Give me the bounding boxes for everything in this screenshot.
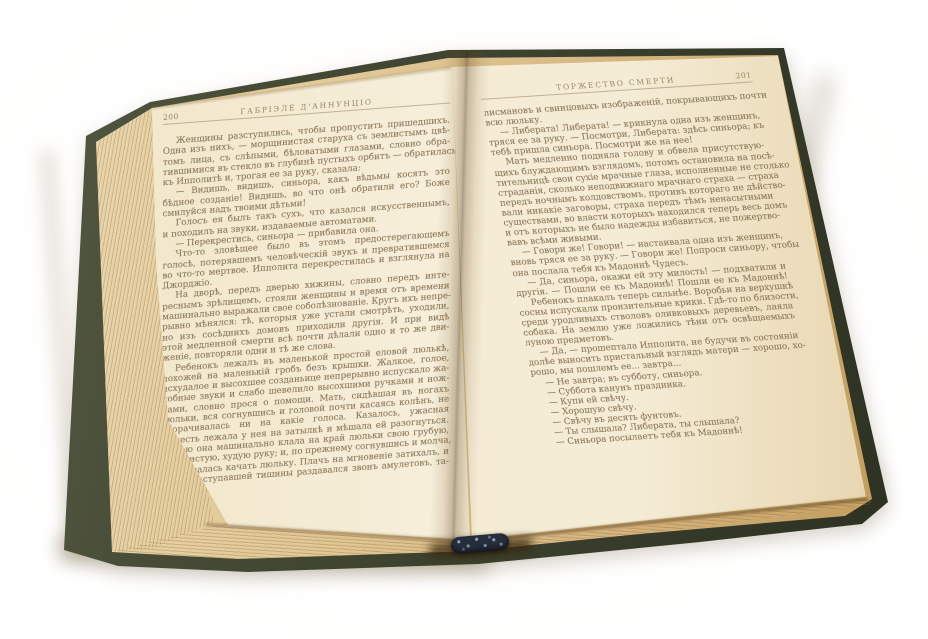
right-page-text: ТОРЖЕСТВО СМЕРТИ 201 лисмановъ и свинцов…: [479, 69, 816, 448]
left-page-number: 200: [163, 111, 179, 123]
book-photo: 200 ГАБРІЭЛЕ Д'АННУНЦІО Женщины разступи…: [0, 0, 928, 639]
right-page-body: лисмановъ и свинцовыхъ изображеній, покр…: [483, 91, 816, 449]
left-page-text: 200 ГАБРІЭЛЕ Д'АННУНЦІО Женщины разступи…: [162, 90, 451, 488]
left-page-body: Женщины разступились, чтобы пропустить п…: [162, 115, 450, 488]
right-page-number: 201: [735, 69, 753, 81]
